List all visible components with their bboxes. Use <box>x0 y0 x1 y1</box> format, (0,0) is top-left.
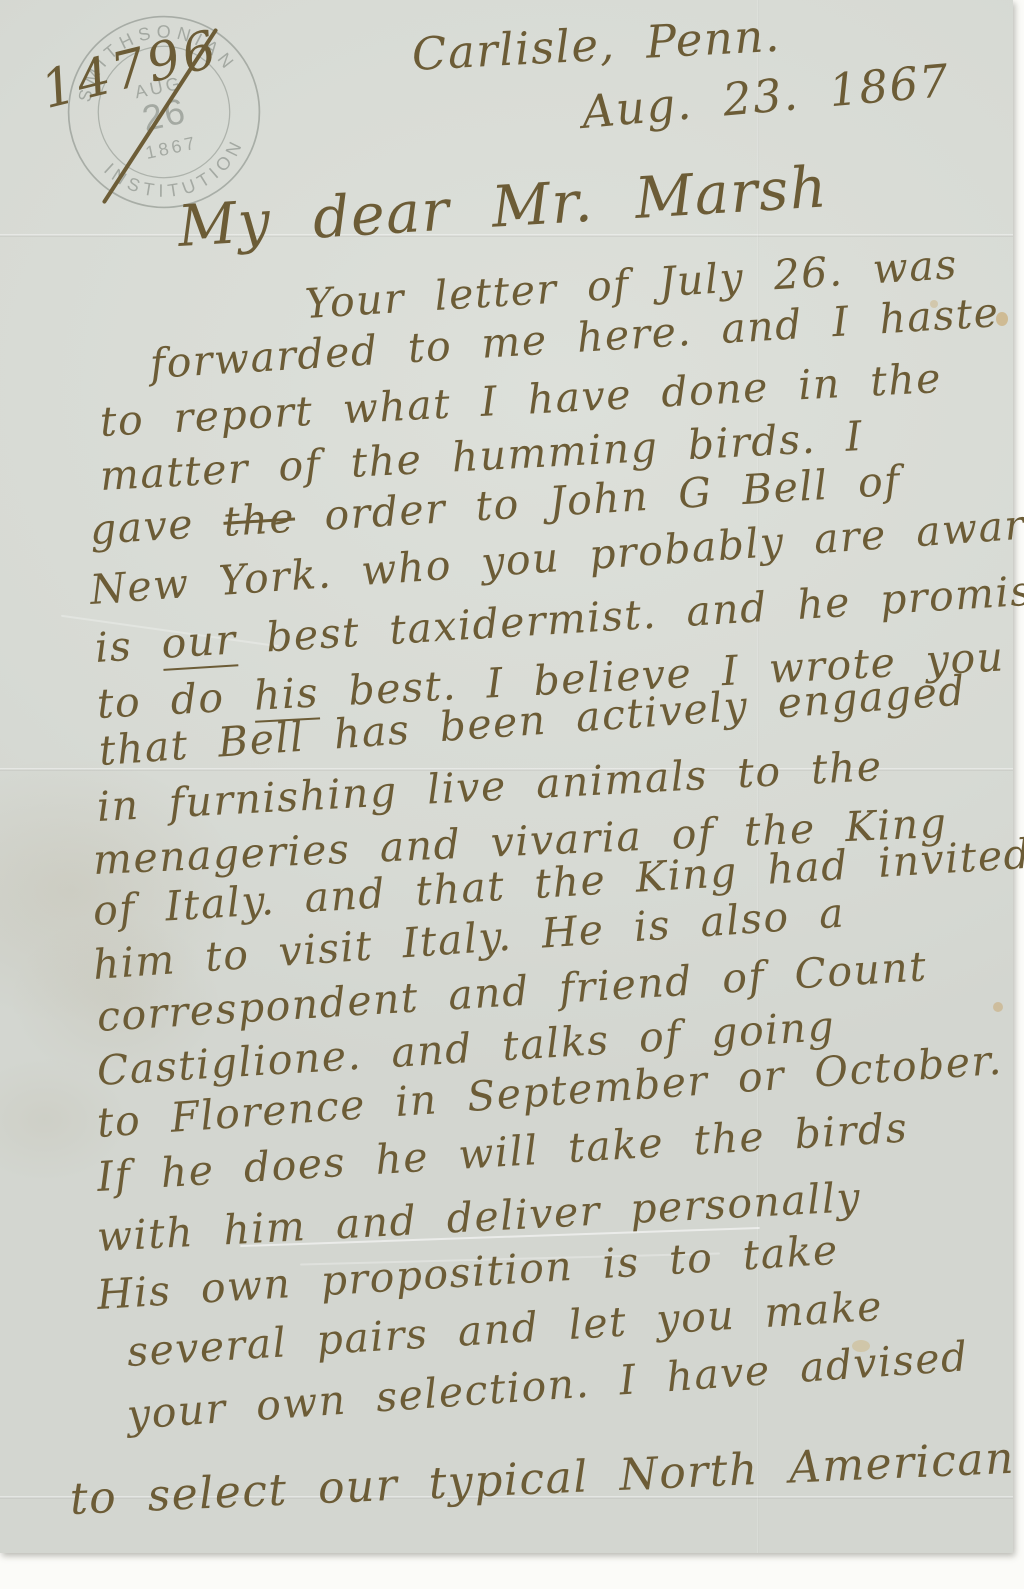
body-line-text: gave <box>89 498 225 554</box>
letter-place: Carlisle, Penn. <box>411 9 782 81</box>
body-line: to select our typical North American <box>69 1433 1016 1525</box>
letter-page: SMITHSONIAN INSTITUTION AUG 26 1867 1479… <box>0 0 1013 1553</box>
letter-scan-background: SMITHSONIAN INSTITUTION AUG 26 1867 1479… <box>0 0 1024 1589</box>
foxing-spot <box>993 1002 1003 1012</box>
body-line-text: is <box>94 620 163 672</box>
body-line-text: to select our typical North American <box>69 1433 1016 1525</box>
underlined-word: our <box>160 615 238 670</box>
struck-word: the <box>222 494 296 546</box>
